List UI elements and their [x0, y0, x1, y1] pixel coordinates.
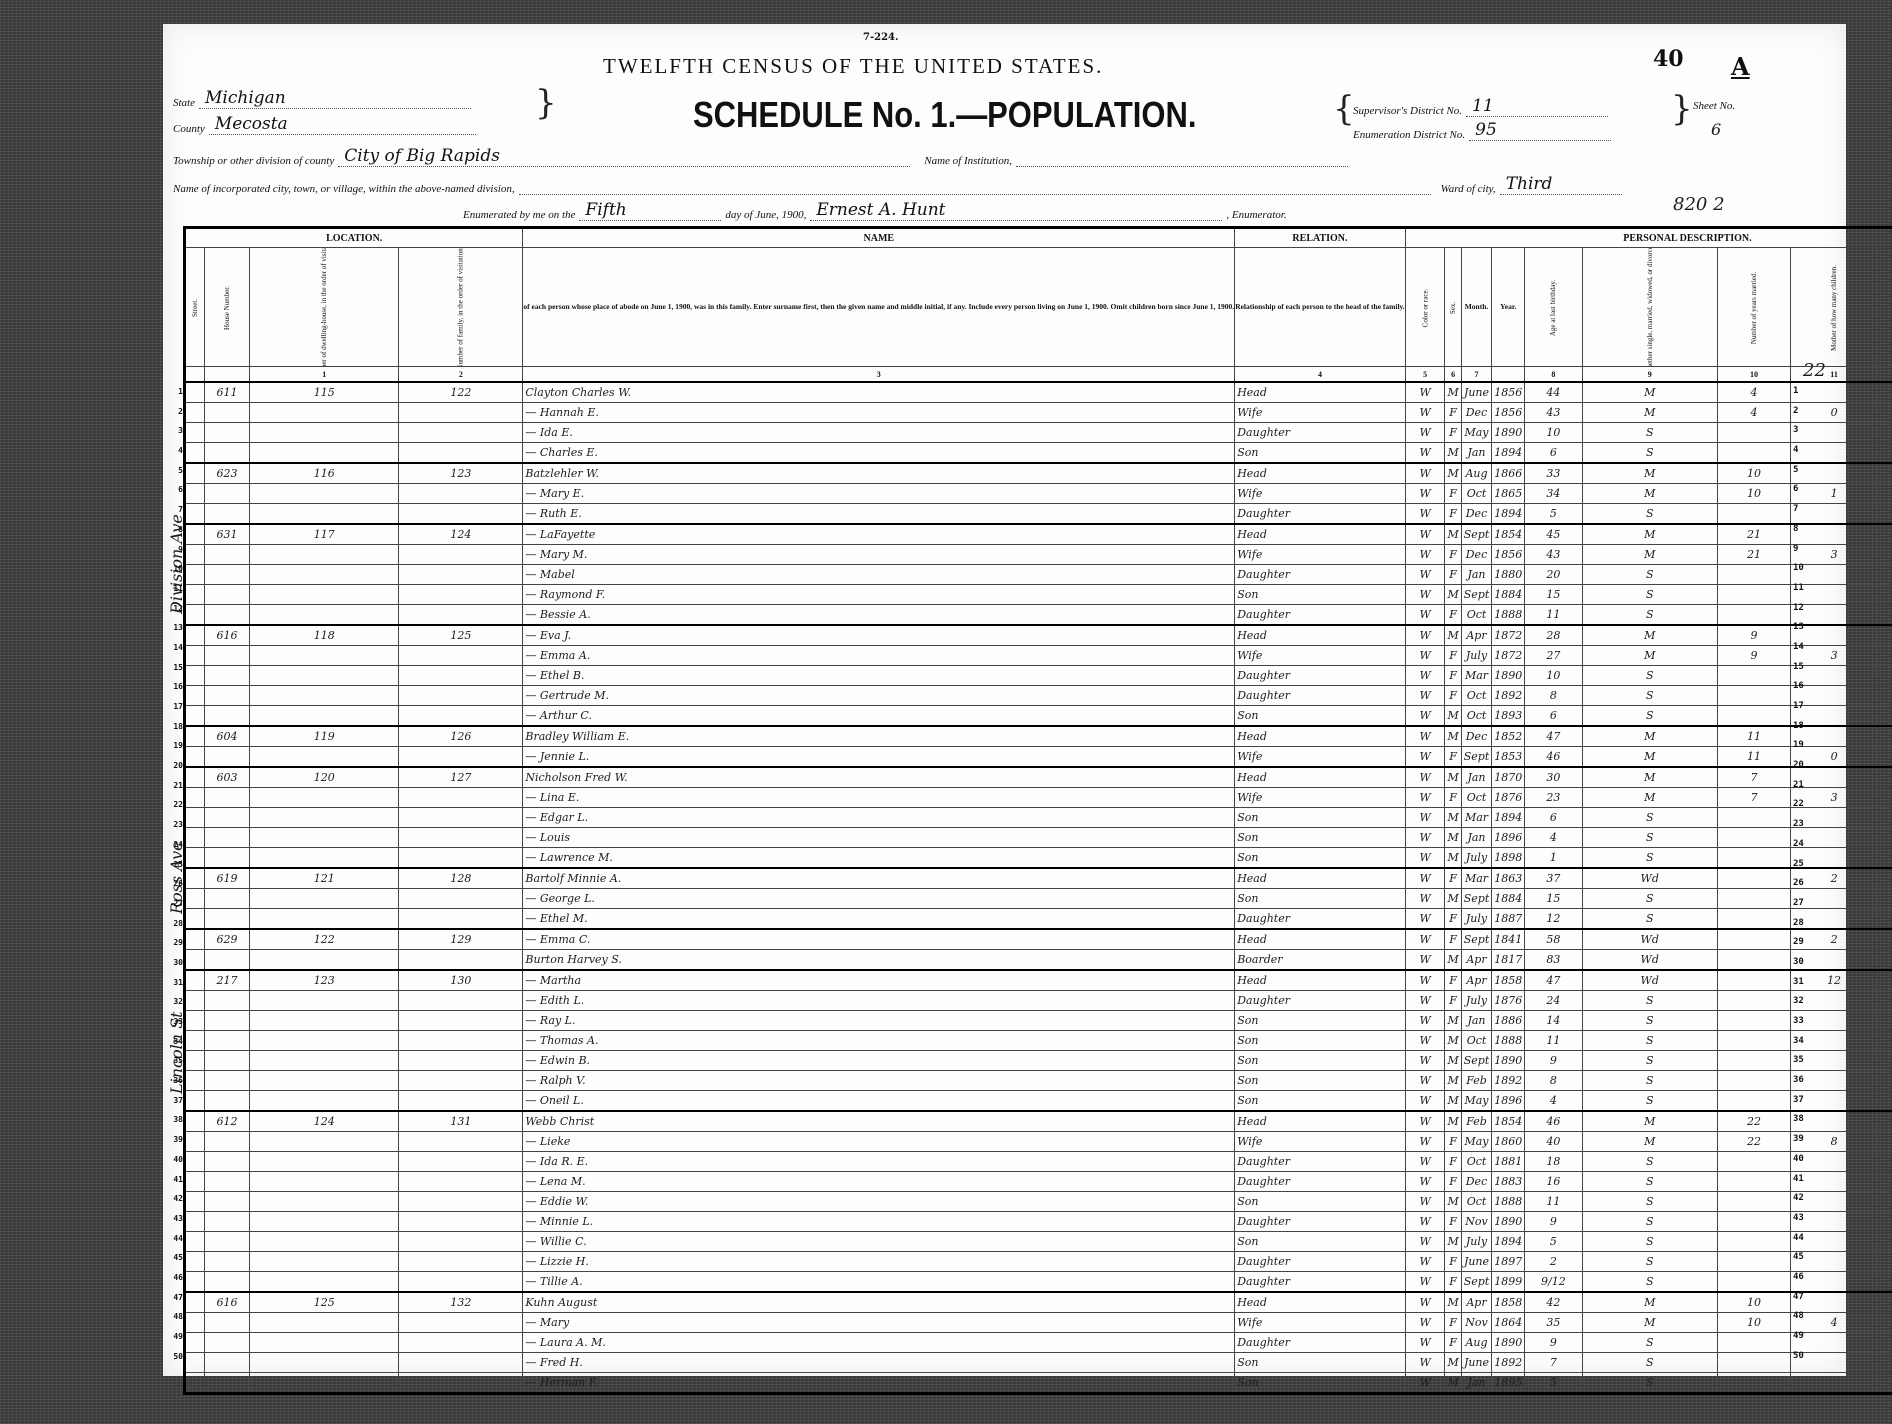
cell-years_married: 21 [1717, 524, 1790, 545]
cell-living [1877, 706, 1892, 727]
table-row: — Charles E.SonWMJan18946SMichiganMichig… [185, 443, 1892, 464]
cell-month: Apr [1461, 1292, 1492, 1313]
cell-sex: M [1445, 950, 1461, 971]
column-number: 3 [523, 367, 1235, 383]
cell-month: Oct [1461, 1152, 1492, 1172]
cell-name: — Ralph V. [523, 1071, 1235, 1091]
line-number: 43 [165, 1209, 183, 1229]
cell-house: 612 [205, 1111, 250, 1132]
table-row: — Ray L.SonWMJan188614SMichiganCanada (I… [185, 1011, 1892, 1031]
cell-year: 1888 [1492, 1031, 1525, 1051]
sheet-value: 6 [1711, 120, 1721, 139]
cell-street [185, 646, 205, 666]
state-value: Michigan [199, 88, 471, 109]
cell-color: W [1405, 1111, 1445, 1132]
cell-year: 1865 [1492, 484, 1525, 504]
table-row: 604119126Bradley William E.HeadWMDec1852… [185, 726, 1892, 747]
cell-year: 1853 [1492, 747, 1525, 768]
cell-month: Oct [1461, 605, 1492, 626]
cell-relation: Wife [1235, 1313, 1406, 1333]
cell-relation: Daughter [1235, 565, 1406, 585]
cell-house [205, 1091, 250, 1112]
cell-family [399, 1152, 523, 1172]
line-number: 40 [1793, 1150, 1823, 1170]
cell-family [399, 1212, 523, 1232]
cell-dwelling [250, 545, 399, 565]
cell-house: 611 [205, 382, 250, 403]
cell-year: 1864 [1492, 1313, 1525, 1333]
cell-house: 619 [205, 868, 250, 889]
cell-street [185, 1051, 205, 1071]
cell-street [185, 889, 205, 909]
cell-family [399, 1373, 523, 1394]
line-number: 26 [1793, 874, 1823, 894]
cell-age: 8 [1525, 1071, 1582, 1091]
cell-dwelling [250, 1011, 399, 1031]
cell-street [185, 1313, 205, 1333]
cell-sex: F [1445, 991, 1461, 1011]
line-number: 34 [1793, 1032, 1823, 1052]
cell-name: — Edgar L. [523, 808, 1235, 828]
cell-age: 11 [1525, 1031, 1582, 1051]
cell-name: Burton Harvey S. [523, 950, 1235, 971]
cell-month: July [1461, 848, 1492, 869]
cell-color: W [1405, 666, 1445, 686]
cell-family [399, 605, 523, 626]
cell-street [185, 423, 205, 443]
cell-sex: F [1445, 909, 1461, 930]
cell-street [185, 1232, 205, 1252]
column-header-text: Number of dwelling-house, in the order o… [320, 248, 328, 367]
cell-name: — Minnie L. [523, 1212, 1235, 1232]
cell-dwelling [250, 1272, 399, 1293]
cell-month: Mar [1461, 808, 1492, 828]
cell-living: 3 [1877, 646, 1892, 666]
table-row: — Jennie L.WifeWFSept185346M1100Michigan… [185, 747, 1892, 768]
cell-years_married: 22 [1717, 1111, 1790, 1132]
cell-marital: S [1582, 686, 1717, 706]
cell-marital: S [1582, 1051, 1717, 1071]
cell-relation: Head [1235, 726, 1406, 747]
cell-dwelling [250, 565, 399, 585]
cell-name: Bradley William E. [523, 726, 1235, 747]
cell-marital: S [1582, 1091, 1717, 1112]
column-number: 2 [399, 367, 523, 383]
cell-name: — Herman F. [523, 1373, 1235, 1394]
cell-dwelling [250, 1313, 399, 1333]
cell-name: Webb Christ [523, 1111, 1235, 1132]
cell-years_married: 4 [1717, 382, 1790, 403]
cell-street [185, 1333, 205, 1353]
line-number: 50 [165, 1347, 183, 1367]
cell-years_married: 21 [1717, 545, 1790, 565]
cell-sex: M [1445, 524, 1461, 545]
cell-sex: M [1445, 808, 1461, 828]
cell-age: 40 [1525, 1132, 1582, 1152]
cell-age: 58 [1525, 929, 1582, 950]
cell-family [399, 504, 523, 525]
column-header-sex: Sex. [1445, 248, 1461, 367]
cell-name: — George L. [523, 889, 1235, 909]
cell-house [205, 1172, 250, 1192]
cell-living [1877, 443, 1892, 464]
line-number: 16 [165, 677, 183, 697]
line-number: 50 [1793, 1347, 1823, 1367]
cell-relation: Head [1235, 625, 1406, 646]
cell-month: Sept [1461, 1051, 1492, 1071]
table-row: — Lizzie H.DaughterWFJune18972SMichiganG… [185, 1252, 1892, 1272]
cell-street [185, 545, 205, 565]
cell-living [1877, 1353, 1892, 1373]
schedule-title: SCHEDULE No. 1.—POPULATION. [693, 94, 1196, 136]
line-number: 6 [165, 480, 183, 500]
cell-relation: Head [1235, 767, 1406, 788]
cell-age: 7 [1525, 1353, 1582, 1373]
cell-dwelling [250, 646, 399, 666]
cell-color: W [1405, 1272, 1445, 1293]
cell-house [205, 686, 250, 706]
column-header-age: Age at last birthday. [1525, 248, 1582, 367]
cell-street [185, 828, 205, 848]
cell-years_married: 7 [1717, 767, 1790, 788]
column-number [185, 367, 205, 383]
cell-sex: F [1445, 545, 1461, 565]
cell-marital: S [1582, 423, 1717, 443]
column-header-relation: Relationship of each person to the head … [1235, 248, 1406, 367]
cell-house [205, 808, 250, 828]
cell-relation: Wife [1235, 646, 1406, 666]
census-title: TWELFTH CENSUS OF THE UNITED STATES. [603, 54, 1103, 79]
cell-living [1877, 1333, 1892, 1353]
cell-living [1877, 1252, 1892, 1272]
cell-street [185, 463, 205, 484]
cell-house [205, 1152, 250, 1172]
cell-living [1877, 1232, 1892, 1252]
table-row: — MaryWifeWFNov186435M1044GermanyGermany… [185, 1313, 1892, 1333]
cell-family [399, 828, 523, 848]
cell-dwelling [250, 706, 399, 727]
column-group-header: LOCATION. [185, 228, 523, 248]
cell-month: Mar [1461, 666, 1492, 686]
table-row: — Minnie L.DaughterWFNov18909SMichiganGe… [185, 1212, 1892, 1232]
cell-month: June [1461, 1252, 1492, 1272]
column-number [205, 367, 250, 383]
cell-living [1877, 950, 1892, 971]
cell-marital: S [1582, 1172, 1717, 1192]
cell-house [205, 1051, 250, 1071]
cell-year: 1893 [1492, 706, 1525, 727]
cell-years_married [1717, 1353, 1790, 1373]
cell-sex: F [1445, 646, 1461, 666]
cell-house [205, 747, 250, 768]
cell-years_married [1717, 848, 1790, 869]
table-row: — Eddie W.SonWMOct188811SMichiganGermany… [185, 1192, 1892, 1212]
column-number: 11 [1791, 367, 1878, 383]
cell-living [1877, 1152, 1892, 1172]
column-header-text: Sex. [1449, 302, 1457, 314]
table-row: 616118125— Eva J.HeadWMApr187228M9Michig… [185, 625, 1892, 646]
cell-month: Sept [1461, 1272, 1492, 1293]
incorporated-value [519, 194, 1431, 195]
cell-year: 1890 [1492, 666, 1525, 686]
cell-dwelling [250, 1051, 399, 1071]
cell-years_married: 7 [1717, 788, 1790, 808]
cell-year: 1841 [1492, 929, 1525, 950]
cell-street [185, 443, 205, 464]
cell-month: May [1461, 1091, 1492, 1112]
form-number: 7-224. [863, 32, 898, 43]
cell-relation: Wife [1235, 747, 1406, 768]
cell-age: 4 [1525, 1091, 1582, 1112]
cell-family [399, 889, 523, 909]
cell-age: 20 [1525, 565, 1582, 585]
cell-color: W [1405, 868, 1445, 889]
cell-family [399, 1091, 523, 1112]
cell-name: Nicholson Fred W. [523, 767, 1235, 788]
cell-family: 126 [399, 726, 523, 747]
cell-month: Sept [1461, 585, 1492, 605]
cell-color: W [1405, 788, 1445, 808]
cell-dwelling [250, 1152, 399, 1172]
cell-marital: S [1582, 504, 1717, 525]
cell-dwelling [250, 1192, 399, 1212]
line-number: 31 [165, 973, 183, 993]
table-row: Burton Harvey S.BoarderWMApr181783WdNew … [185, 950, 1892, 971]
line-number: 21 [1793, 776, 1823, 796]
cell-street [185, 1111, 205, 1132]
cell-name: — Mabel [523, 565, 1235, 585]
cell-dwelling [250, 828, 399, 848]
cell-living: 0 [1877, 747, 1892, 768]
cell-street [185, 909, 205, 930]
line-number: 39 [1793, 1130, 1823, 1150]
cell-years_married [1717, 868, 1790, 889]
table-row: — Mary E.WifeWFOct186534M1011Canada (Ger… [185, 484, 1892, 504]
cell-sex: M [1445, 1011, 1461, 1031]
cell-relation: Head [1235, 970, 1406, 991]
cell-house [205, 443, 250, 464]
cell-age: 42 [1525, 1292, 1582, 1313]
cell-name: — Hannah E. [523, 403, 1235, 423]
cell-marital: S [1582, 1031, 1717, 1051]
cell-years_married: 10 [1717, 484, 1790, 504]
cell-family [399, 1353, 523, 1373]
cell-relation: Daughter [1235, 686, 1406, 706]
cell-month: Jan [1461, 443, 1492, 464]
table-row: — Herman F.SonWMJan18955SMichiganGermany… [185, 1373, 1892, 1394]
table-row: — Ethel B.DaughterWFMar189010SMichiganWi… [185, 666, 1892, 686]
cell-marital: S [1582, 1152, 1717, 1172]
cell-color: W [1405, 585, 1445, 605]
cell-living [1877, 1292, 1892, 1313]
cell-dwelling [250, 1373, 399, 1394]
line-number: 44 [165, 1229, 183, 1249]
cell-month: Jan [1461, 1011, 1492, 1031]
line-number: 4 [165, 441, 183, 461]
cell-street [185, 1252, 205, 1272]
cell-name: — Arthur C. [523, 706, 1235, 727]
cell-relation: Wife [1235, 788, 1406, 808]
cell-name: — Lena M. [523, 1172, 1235, 1192]
cell-year: 1884 [1492, 889, 1525, 909]
cell-relation: Head [1235, 524, 1406, 545]
cell-month: Aug [1461, 1333, 1492, 1353]
line-number: 18 [1793, 717, 1823, 737]
cell-month: Mar [1461, 868, 1492, 889]
line-number: 15 [165, 658, 183, 678]
cell-month: Jan [1461, 828, 1492, 848]
cell-month: Sept [1461, 929, 1492, 950]
cell-color: W [1405, 423, 1445, 443]
cell-living: 1 [1877, 484, 1892, 504]
cell-age: 10 [1525, 666, 1582, 686]
cell-sex: M [1445, 443, 1461, 464]
cell-color: W [1405, 808, 1445, 828]
cell-dwelling [250, 991, 399, 1011]
cell-color: W [1405, 463, 1445, 484]
cell-dwelling [250, 484, 399, 504]
cell-years_married [1717, 1373, 1790, 1394]
enumerated-day: Fifth [579, 200, 721, 221]
cell-street [185, 747, 205, 768]
column-header-month: Month. [1461, 248, 1492, 367]
cell-relation: Son [1235, 585, 1406, 605]
cell-color: W [1405, 1011, 1445, 1031]
line-number: 49 [1793, 1327, 1823, 1347]
cell-marital: S [1582, 1212, 1717, 1232]
cell-family [399, 706, 523, 727]
cell-color: W [1405, 1373, 1445, 1394]
line-number: 30 [165, 953, 183, 973]
cell-living: 4 [1877, 1313, 1892, 1333]
cell-family [399, 1272, 523, 1293]
cell-relation: Daughter [1235, 1152, 1406, 1172]
cell-month: Apr [1461, 950, 1492, 971]
cell-relation: Daughter [1235, 1333, 1406, 1353]
cell-house: 603 [205, 767, 250, 788]
cell-years_married [1717, 1192, 1790, 1212]
cell-year: 1890 [1492, 1333, 1525, 1353]
cell-house [205, 1313, 250, 1333]
cell-relation: Daughter [1235, 605, 1406, 626]
column-header-year: Year. [1492, 248, 1525, 367]
column-header-text: House Number. [223, 286, 231, 330]
cell-age: 6 [1525, 706, 1582, 727]
line-number: 19 [165, 736, 183, 756]
line-number: 10 [1793, 559, 1823, 579]
cell-sex: M [1445, 463, 1461, 484]
cell-marital: M [1582, 767, 1717, 788]
cell-name: — Eva J. [523, 625, 1235, 646]
cell-house [205, 1071, 250, 1091]
cell-marital: S [1582, 585, 1717, 605]
cell-year: 1890 [1492, 423, 1525, 443]
cell-color: W [1405, 1353, 1445, 1373]
line-number: 4 [1793, 441, 1823, 461]
cell-family: 122 [399, 382, 523, 403]
cell-dwelling [250, 585, 399, 605]
cell-house: 616 [205, 1292, 250, 1313]
line-number: 45 [1793, 1248, 1823, 1268]
cell-age: 9 [1525, 1333, 1582, 1353]
cell-month: Nov [1461, 1212, 1492, 1232]
cell-month: July [1461, 991, 1492, 1011]
cell-relation: Head [1235, 1111, 1406, 1132]
cell-color: W [1405, 1333, 1445, 1353]
cell-color: W [1405, 767, 1445, 788]
cell-house [205, 1212, 250, 1232]
table-row: — Mary M.WifeWFDec185643M2133MichiganNew… [185, 545, 1892, 565]
cell-year: 1856 [1492, 545, 1525, 565]
page-number: 40 [1653, 46, 1684, 72]
line-number: 45 [165, 1248, 183, 1268]
cell-color: W [1405, 565, 1445, 585]
cell-dwelling [250, 889, 399, 909]
cell-living [1877, 808, 1892, 828]
table-row: — Lawrence M.SonWMJuly18981SMichiganCana… [185, 848, 1892, 869]
cell-years_married: 10 [1717, 1313, 1790, 1333]
cell-sex: M [1445, 1071, 1461, 1091]
cell-relation: Daughter [1235, 666, 1406, 686]
cell-name: — Ethel M. [523, 909, 1235, 930]
cell-family [399, 1313, 523, 1333]
line-number: 17 [165, 697, 183, 717]
cell-relation: Boarder [1235, 950, 1406, 971]
cell-marital: M [1582, 1132, 1717, 1152]
cell-street [185, 625, 205, 646]
cell-month: Dec [1461, 403, 1492, 423]
cell-living [1877, 605, 1892, 626]
table-row: — Edgar L.SonWMMar18946SWisconsinCanada … [185, 808, 1892, 828]
cell-living [1877, 504, 1892, 525]
cell-relation: Son [1235, 848, 1406, 869]
table-row: — Edwin B.SonWMSept18909SMichiganCanada … [185, 1051, 1892, 1071]
line-number: 38 [165, 1110, 183, 1130]
cell-street [185, 1152, 205, 1172]
column-number: 10 [1717, 367, 1790, 383]
cell-relation: Head [1235, 1292, 1406, 1313]
cell-family [399, 646, 523, 666]
table-row: 623116123Batzlehler W.HeadWMAug186633M10… [185, 463, 1892, 484]
cell-month: May [1461, 423, 1492, 443]
line-number: 47 [1793, 1288, 1823, 1308]
cell-sex: M [1445, 1192, 1461, 1212]
table-row: 612124131Webb ChristHeadWMFeb185446M22Ge… [185, 1111, 1892, 1132]
cell-street [185, 1192, 205, 1212]
table-row: — Arthur C.SonWMOct18936SMichiganWiscons… [185, 706, 1892, 727]
cell-marital: M [1582, 726, 1717, 747]
cell-name: — Lizzie H. [523, 1252, 1235, 1272]
cell-years_married [1717, 1091, 1790, 1112]
cell-house [205, 1373, 250, 1394]
line-number: 28 [165, 914, 183, 934]
cell-sex: F [1445, 1152, 1461, 1172]
cell-month: Dec [1461, 545, 1492, 565]
cell-sex: F [1445, 1252, 1461, 1272]
cell-relation: Son [1235, 828, 1406, 848]
line-number: 15 [1793, 658, 1823, 678]
cell-age: 9 [1525, 1212, 1582, 1232]
column-number: 1 [250, 367, 399, 383]
cell-marital: M [1582, 545, 1717, 565]
cell-color: W [1405, 1192, 1445, 1212]
table-row: — Gertrude M.DaughterWFOct18928SMichigan… [185, 686, 1892, 706]
cell-year: 1892 [1492, 1353, 1525, 1373]
cell-family [399, 423, 523, 443]
cell-marital: S [1582, 1252, 1717, 1272]
table-row: — Hannah E.WifeWFDec185643M400EnglandEng… [185, 403, 1892, 423]
cell-family [399, 666, 523, 686]
